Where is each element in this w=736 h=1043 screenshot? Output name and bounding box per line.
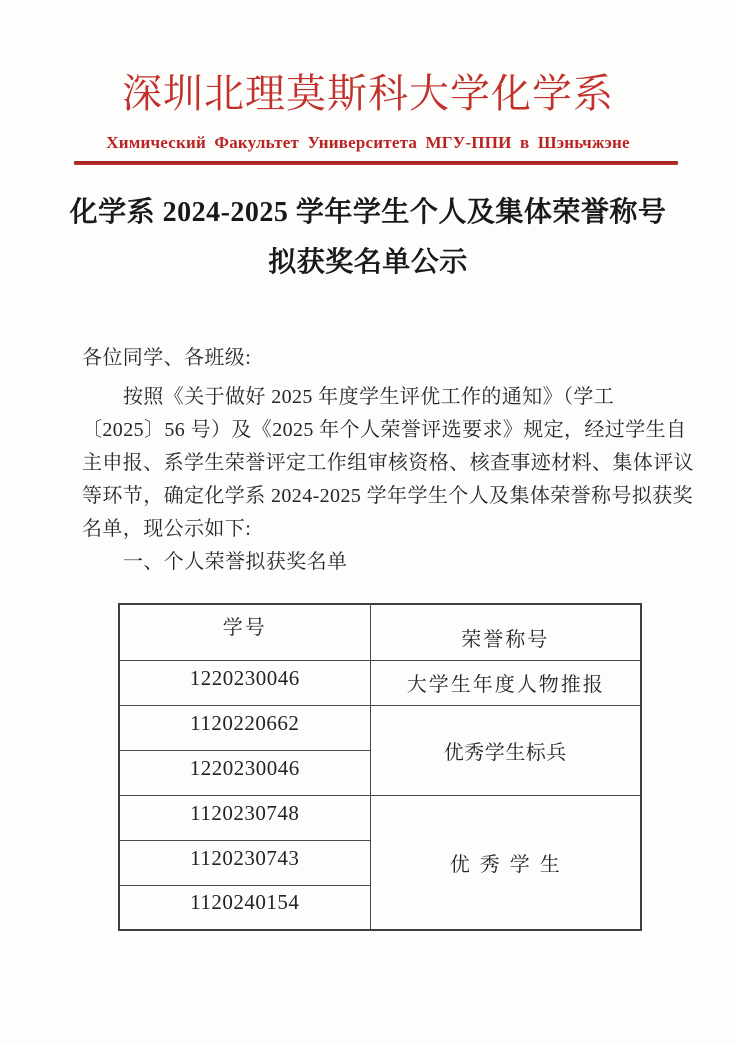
honors-table: 学号 荣誉称号 1220230046 大学生年度人物推报 1120220662 … (118, 603, 642, 931)
student-id-cell: 1120230743 (119, 840, 370, 885)
student-id-cell: 1120230748 (119, 795, 370, 840)
doc-title-line2: 拟获奖名单公示 (0, 240, 736, 280)
student-id-cell: 1220230046 (119, 750, 370, 795)
salutation: 各位同学、各班级: (82, 342, 682, 375)
paragraph-line: 按照《关于做好 2025 年度学生评优工作的通知》（学工 (82, 381, 682, 414)
header-divider (74, 161, 678, 165)
faculty-name-ru: Химический Факультет Университета МГУ-ПП… (0, 133, 736, 153)
student-id-cell: 1120240154 (119, 885, 370, 930)
honor-title-cell: 优秀学生标兵 (370, 705, 641, 795)
paragraph-line: 等环节，确定化学系 2024-2025 学年学生个人及集体荣誉称号拟获奖 (82, 480, 682, 513)
table-row: 1120230748 优秀学生 (119, 795, 641, 840)
paragraph-line: 〔2025〕56 号）及《2025 年个人荣誉评选要求》规定，经过学生自 (82, 414, 682, 447)
table-row: 1120220662 优秀学生标兵 (119, 705, 641, 750)
col-header-student-id: 学号 (119, 604, 370, 660)
paragraph-line: 名单，现公示如下: (82, 513, 682, 546)
university-name: 深圳北理莫斯科大学化学系 (0, 62, 736, 119)
table-header-row: 学号 荣誉称号 (119, 604, 641, 660)
honor-title-cell: 大学生年度人物推报 (370, 660, 641, 705)
document-page: 深圳北理莫斯科大学化学系 Химический Факультет Универ… (0, 0, 736, 1043)
paragraph-line: 主申报、系学生荣誉评定工作组审核资格、核查事迹材料、集体评议 (82, 447, 682, 480)
doc-title-line1: 化学系 2024-2025 学年学生个人及集体荣誉称号 (0, 190, 736, 230)
col-header-honor-title: 荣誉称号 (370, 604, 641, 660)
honor-title-cell: 优秀学生 (370, 795, 641, 930)
body-text: 各位同学、各班级: 按照《关于做好 2025 年度学生评优工作的通知》（学工 〔… (82, 342, 682, 579)
student-id-cell: 1220230046 (119, 660, 370, 705)
section-heading: 一、个人荣誉拟获奖名单 (82, 546, 682, 579)
student-id-cell: 1120220662 (119, 705, 370, 750)
table-row: 1220230046 大学生年度人物推报 (119, 660, 641, 705)
